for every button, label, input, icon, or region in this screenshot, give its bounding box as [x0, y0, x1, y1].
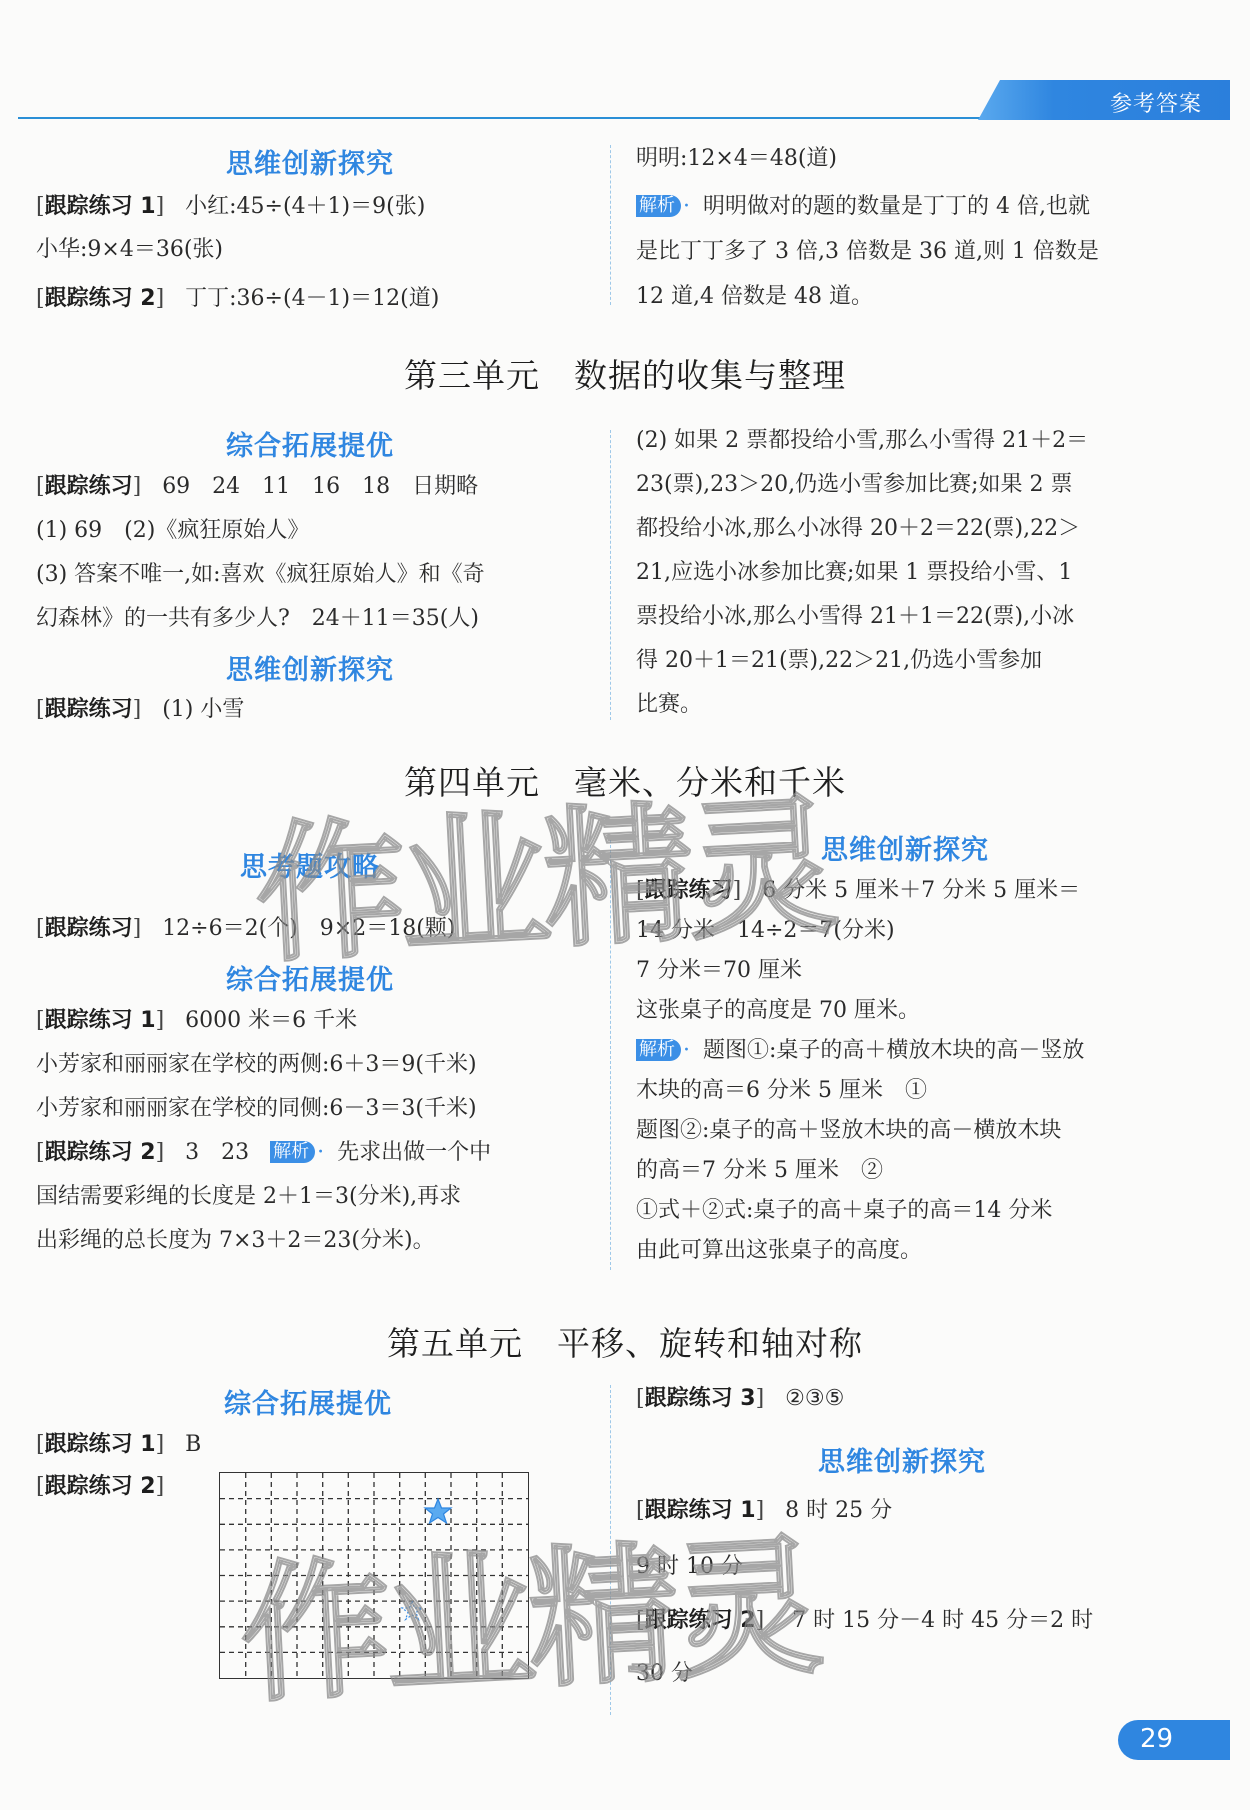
- filled-star-icon: [425, 1499, 451, 1523]
- answer-line: 跟踪练习 1 8 时 25 分: [636, 1497, 892, 1525]
- answer-text: 8 时 25 分: [785, 1498, 892, 1523]
- section-title: 思维创新探究: [752, 1440, 1052, 1479]
- exercise-tag: 跟踪练习 3: [636, 1386, 764, 1411]
- answer-line: 小芳家和丽丽家在学校的同侧:6－3＝3(千米): [36, 1095, 477, 1123]
- answer-line: 30 分: [636, 1660, 693, 1688]
- answer-line: 跟踪练习 12÷6＝2(个) 9×2＝18(颗): [36, 915, 455, 943]
- analysis-line: 的高＝7 分米 5 厘米 ②: [636, 1157, 883, 1185]
- exercise-tag: 跟踪练习 2: [636, 1608, 764, 1633]
- section-title: 思维创新探究: [755, 828, 1055, 867]
- exercise-tag: 跟踪练习: [636, 878, 741, 903]
- answer-line: 都投给小冰,那么小冰得 20＋2＝22(票),22＞: [636, 515, 1080, 543]
- page-number-tab: 29: [1118, 1720, 1230, 1760]
- analysis-line: 12 道,4 倍数是 48 道。: [636, 283, 873, 311]
- analysis-text: 先求出做一个中: [337, 1140, 491, 1165]
- analysis-line: 是比丁丁多了 3 倍,3 倍数是 36 道,则 1 倍数是: [636, 238, 1099, 266]
- translation-grid: [219, 1472, 529, 1679]
- answer-line: 得 20＋1＝21(票),22＞21,仍选小雪参加: [636, 647, 1042, 675]
- answer-text: 69 24 11 16 18 日期略: [162, 474, 478, 499]
- analysis-dot-icon: ·: [683, 194, 690, 219]
- analysis-dot-icon: ·: [683, 1038, 690, 1063]
- page-number: 29: [1140, 1724, 1173, 1754]
- answer-text: (1) 小雪: [162, 697, 244, 722]
- section-title: 思维创新探究: [160, 648, 460, 687]
- analysis-line: 题图②:桌子的高＋竖放木块的高－横放木块: [636, 1117, 1061, 1145]
- answer-line: 比赛。: [636, 691, 702, 719]
- grid-figure: [220, 1473, 528, 1678]
- unit-title: 第四单元 毫米、分米和千米: [0, 757, 1250, 804]
- answer-line: 跟踪练习 1 B: [36, 1431, 201, 1459]
- exercise-tag: 跟踪练习 2: [36, 286, 164, 311]
- answer-text: 丁丁:36÷(4－1)＝12(道): [185, 286, 439, 311]
- answer-line: 23(票),23＞20,仍选小雪参加比赛;如果 2 票: [636, 471, 1073, 499]
- analysis-line: 出彩绳的总长度为 7×3＋2＝23(分米)。: [36, 1227, 435, 1255]
- exercise-tag: 跟踪练习 2: [36, 1474, 164, 1499]
- answer-line: (1) 69 (2)《疯狂原始人》: [36, 517, 309, 545]
- exercise-tag: 跟踪练习: [36, 474, 141, 499]
- exercise-tag: 跟踪练习: [36, 697, 141, 722]
- answer-line: 21,应选小冰参加比赛;如果 1 票投给小雪、1: [636, 559, 1072, 587]
- header-tab: 参考答案: [978, 80, 1230, 120]
- analysis-badge: 解析: [636, 195, 681, 217]
- answer-line: 跟踪练习 6 分米 5 厘米＋7 分米 5 厘米＝: [636, 877, 1080, 905]
- answer-text: 小红:45÷(4＋1)＝9(张): [185, 194, 425, 219]
- column-divider: [610, 145, 611, 305]
- answer-line: 票投给小冰,那么小雪得 21＋1＝22(票),小冰: [636, 603, 1074, 631]
- analysis-badge: 解析: [270, 1141, 315, 1163]
- analysis-line: 国结需要彩绳的长度是 2＋1＝3(分米),再求: [36, 1183, 461, 1211]
- answer-line: 跟踪练习 69 24 11 16 18 日期略: [36, 473, 478, 501]
- answer-line: (3) 答案不唯一,如:喜欢《疯狂原始人》和《奇: [36, 561, 485, 589]
- answer-line: 明明:12×4＝48(道): [636, 145, 837, 173]
- exercise-tag: 跟踪练习 2: [36, 1140, 164, 1165]
- answer-text: ②③⑤: [785, 1386, 844, 1411]
- answer-line: 小华:9×4＝36(张): [36, 236, 223, 264]
- analysis-line: 由此可算出这张桌子的高度。: [636, 1237, 922, 1265]
- section-title: 思维创新探究: [160, 142, 460, 181]
- analysis-dot-icon: ·: [317, 1140, 324, 1165]
- header-tab-label: 参考答案: [1110, 87, 1202, 118]
- exercise-tag: 跟踪练习: [36, 916, 141, 941]
- analysis-line: 解析· 题图①:桌子的高＋横放木块的高－竖放: [636, 1037, 1084, 1065]
- answer-line: 跟踪练习 (1) 小雪: [36, 696, 244, 724]
- answer-text: 3 23: [185, 1140, 249, 1165]
- section-title: 思考题攻略: [160, 845, 460, 884]
- answer-line: 跟踪练习 1 6000 米＝6 千米: [36, 1007, 357, 1035]
- answer-text: 6 分米 5 厘米＋7 分米 5 厘米＝: [762, 878, 1080, 903]
- answer-line: 跟踪练习 1 小红:45÷(4＋1)＝9(张): [36, 193, 425, 221]
- analysis-text: 题图①:桌子的高＋横放木块的高－竖放: [703, 1038, 1084, 1063]
- column-divider: [610, 840, 611, 1270]
- answer-line: (2) 如果 2 票都投给小雪,那么小雪得 21＋2＝: [636, 427, 1088, 455]
- answer-line: 跟踪练习 2 7 时 15 分－4 时 45 分＝2 时: [636, 1607, 1093, 1635]
- answer-line: 跟踪练习 2 3 23 解析· 先求出做一个中: [36, 1139, 491, 1167]
- section-title: 综合拓展提优: [160, 424, 460, 463]
- section-title: 综合拓展提优: [158, 1382, 458, 1421]
- answer-line: 这张桌子的高度是 70 厘米。: [636, 997, 920, 1025]
- unit-title: 第三单元 数据的收集与整理: [0, 350, 1250, 397]
- column-divider: [610, 1385, 611, 1715]
- analysis-line: 木块的高＝6 分米 5 厘米 ①: [636, 1077, 927, 1105]
- column-divider: [610, 430, 611, 720]
- exercise-tag: 跟踪练习 1: [36, 1008, 164, 1033]
- analysis-badge: 解析: [636, 1039, 681, 1061]
- analysis-line: ①式＋②式:桌子的高＋桌子的高＝14 分米: [636, 1197, 1052, 1225]
- answer-line: 14 分米 14÷2＝7(分米): [636, 917, 895, 945]
- answer-text: 6000 米＝6 千米: [185, 1008, 357, 1033]
- answer-line: 7 分米＝70 厘米: [636, 957, 802, 985]
- answer-line: 跟踪练习 3 ②③⑤: [636, 1385, 844, 1413]
- exercise-tag: 跟踪练习 1: [36, 194, 164, 219]
- answer-line: 9 时 10 分: [636, 1553, 743, 1581]
- outline-star-icon: [402, 1601, 422, 1620]
- answer-text: 12÷6＝2(个) 9×2＝18(颗): [162, 916, 455, 941]
- answer-text: B: [185, 1432, 201, 1457]
- section-title: 综合拓展提优: [160, 958, 460, 997]
- answer-line: 小芳家和丽丽家在学校的两侧:6＋3＝9(千米): [36, 1051, 477, 1079]
- exercise-tag: 跟踪练习 1: [36, 1432, 164, 1457]
- unit-title: 第五单元 平移、旋转和轴对称: [0, 1318, 1250, 1365]
- answer-line: 幻森林》的一共有多少人? 24＋11＝35(人): [36, 605, 479, 633]
- answer-line: 跟踪练习 2 丁丁:36÷(4－1)＝12(道): [36, 285, 439, 313]
- answer-line: 跟踪练习 2: [36, 1473, 164, 1501]
- answer-text: 7 时 15 分－4 时 45 分＝2 时: [792, 1608, 1093, 1633]
- analysis-line: 解析· 明明做对的题的数量是丁丁的 4 倍,也就: [636, 193, 1090, 221]
- analysis-text: 明明做对的题的数量是丁丁的 4 倍,也就: [703, 194, 1090, 219]
- exercise-tag: 跟踪练习 1: [636, 1498, 764, 1523]
